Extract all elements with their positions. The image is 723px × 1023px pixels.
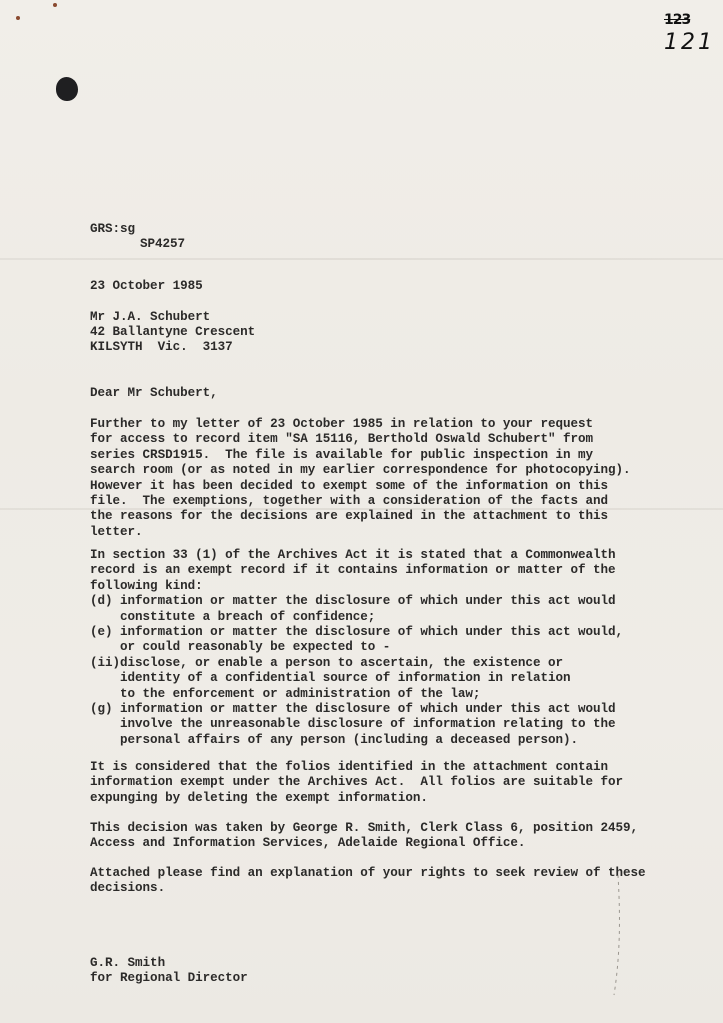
punch-hole [56,77,78,101]
text-line: It is considered that the folios identif… [90,760,623,775]
text-line: (g) information or matter the disclosure… [90,702,623,717]
text-line: for access to record item "SA 15116, Ber… [90,432,631,447]
recipient-name: Mr J.A. Schubert [90,310,210,325]
rust-speck [53,3,57,7]
pen-mark [612,870,642,1000]
text-line: Attached please find an explanation of y… [90,866,646,881]
reference-file-number: SP4257 [140,237,185,252]
text-line: the reasons for the decisions are explai… [90,509,631,524]
signature-name: G.R. Smith [90,956,165,971]
folio-number: 123 121 [650,10,710,60]
text-line: (e) information or matter the disclosure… [90,625,623,640]
text-line: information exempt under the Archives Ac… [90,775,623,790]
text-line: letter. [90,525,631,540]
recipient-locality: KILSYTH Vic. 3137 [90,340,233,355]
salutation: Dear Mr Schubert, [90,386,218,401]
text-line: In section 33 (1) of the Archives Act it… [90,548,623,563]
text-line: This decision was taken by George R. Smi… [90,821,638,836]
text-line: record is an exempt record if it contain… [90,563,623,578]
text-line: expunging by deleting the exempt informa… [90,791,623,806]
paragraph-decision: This decision was taken by George R. Smi… [90,821,638,852]
rust-speck [16,16,20,20]
text-line: following kind: [90,579,623,594]
text-line: to the enforcement or administration of … [90,687,623,702]
text-line: search room (or as noted in my earlier c… [90,463,631,478]
text-line: (d) information or matter the disclosure… [90,594,623,609]
paragraph-exemptions: In section 33 (1) of the Archives Act it… [90,548,623,748]
text-line: Further to my letter of 23 October 1985 … [90,417,631,432]
reference-initials: GRS:sg [90,222,135,237]
text-line: However it has been decided to exempt so… [90,479,631,494]
text-line: constitute a breach of confidence; [90,610,623,625]
signature-title: for Regional Director [90,971,248,986]
paragraph-review-rights: Attached please find an explanation of y… [90,866,646,897]
text-line: Access and Information Services, Adelaid… [90,836,638,851]
text-line: involve the unreasonable disclosure of i… [90,717,623,732]
text-line: decisions. [90,881,646,896]
paragraph-folios: It is considered that the folios identif… [90,760,623,806]
recipient-street: 42 Ballantyne Crescent [90,325,255,340]
letter-date: 23 October 1985 [90,279,203,294]
paragraph-request: Further to my letter of 23 October 1985 … [90,417,631,540]
paper-fold-line [0,258,723,260]
folio-current: 121 [664,30,715,55]
text-line: or could reasonably be expected to - [90,640,623,655]
text-line: file. The exemptions, together with a co… [90,494,631,509]
text-line: personal affairs of any person (includin… [90,733,623,748]
text-line: (ii)disclose, or enable a person to asce… [90,656,623,671]
folio-struck-out: 123 [664,12,690,28]
text-line: identity of a confidential source of inf… [90,671,623,686]
text-line: series CRSD1915. The file is available f… [90,448,631,463]
